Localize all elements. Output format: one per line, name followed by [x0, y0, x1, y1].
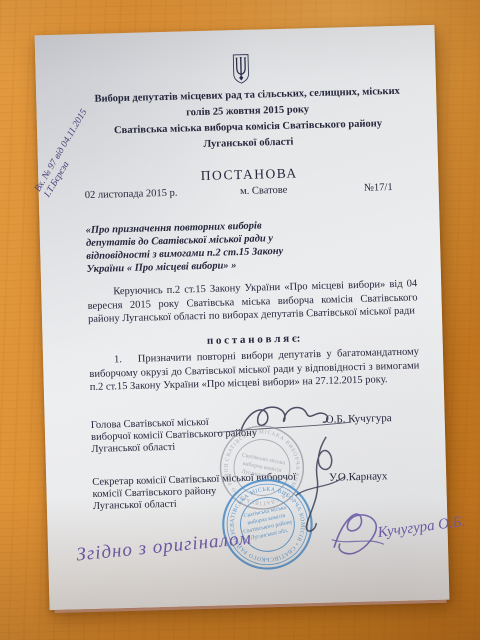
- document-header: Вибори депутатів місцевих рад та сільськ…: [82, 83, 414, 156]
- ukraine-trident-icon: [230, 52, 252, 87]
- certification-note: Згідно з оригіналом: [75, 517, 366, 567]
- svg-text:Сватівська міська: Сватівська міська: [241, 453, 286, 467]
- subject-title: «Про призначення повторних виборів депут…: [86, 219, 287, 276]
- photo-scene: Вибори депутатів місцевих рад та сільськ…: [0, 0, 480, 640]
- signatory-2-role: Секретар комісії Сватівської міської виб…: [92, 472, 297, 513]
- certification-signature-name: Кучугура О.Б.: [377, 514, 466, 542]
- document-paper: Вибори депутатів місцевих рад та сільськ…: [35, 25, 450, 610]
- preamble-paragraph: Керуючись п.2 ст.15 Закону України «Про …: [87, 277, 418, 326]
- document-place: м. Сватове: [240, 185, 288, 197]
- document-date: 02 листопада 2015 р.: [85, 188, 178, 201]
- document-number: №17/1: [364, 182, 393, 194]
- resolution-item-1: 1. Призначити повторні вибори депутатів …: [89, 345, 420, 394]
